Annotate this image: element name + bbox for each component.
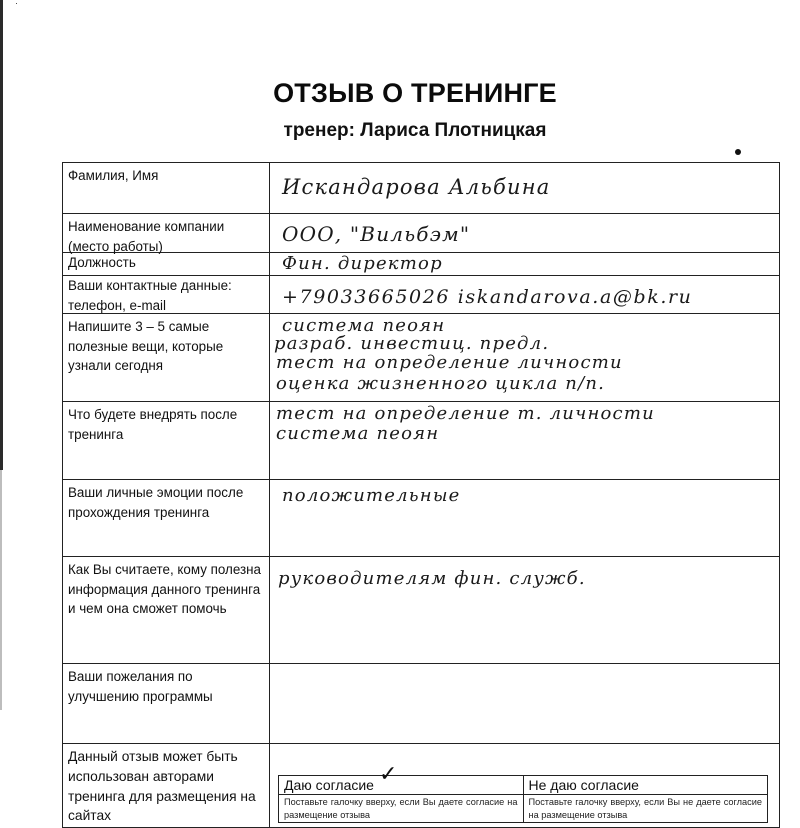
answer-contacts[interactable]: +79033665026 iskandarova.a@bk.ru (270, 276, 779, 313)
checkmark-icon: ✓ (379, 764, 397, 786)
answer-implement[interactable]: тест на определение т. личности система … (270, 402, 779, 479)
answer-company[interactable]: ООО, "Вильбэм" (270, 214, 779, 252)
agree-hint: Поставьте галочку вверху, если Вы даете … (279, 795, 523, 821)
handwritten-line: разраб. инвестиц. предл. (274, 334, 549, 354)
handwritten-line: Фин. директор (282, 254, 443, 274)
label-who-benefits: Как Вы считаете, кому полезна информация… (63, 557, 270, 663)
handwritten-line: Искандарова Альбина (282, 177, 551, 197)
answer-who-benefits[interactable]: руководителям фин. служб. (270, 557, 779, 663)
disagree-title: Не даю согласие (524, 776, 768, 795)
row-publication-consent: Данный отзыв может быть использован авто… (63, 744, 779, 828)
consent-area: Даю согласие ✓ Поставьте галочку вверху,… (270, 744, 779, 827)
label-suggestions: Ваши пожелания по улучшению программы (63, 664, 270, 743)
handwritten-line: оценка жизненного цикла п/п. (276, 374, 605, 394)
feedback-form-table: Фамилия, Имя Искандарова Альбина Наимено… (62, 162, 780, 828)
row-suggestions: Ваши пожелания по улучшению программы (63, 664, 779, 744)
handwritten-line: положительные (282, 486, 461, 506)
scan-edge-faint (0, 470, 2, 710)
label-publication-consent: Данный отзыв может быть использован авто… (63, 744, 270, 827)
answer-suggestions-empty[interactable] (270, 664, 779, 743)
handwritten-line: тест на определение т. личности (276, 404, 655, 424)
answer-position[interactable]: Фин. директор (270, 253, 779, 275)
label-position: Должность (63, 253, 270, 275)
handwritten-line: руководителям фин. служб. (278, 569, 586, 589)
answer-useful-things[interactable]: система пеоян разраб. инвестиц. предл. т… (270, 314, 779, 401)
agree-title: Даю согласие (279, 776, 523, 795)
row-company: Наименование компании (место работы) ООО… (63, 214, 779, 253)
handwritten-line: система пеоян (276, 424, 439, 444)
label-contacts: Ваши контактные данные: телефон, e-mail (63, 276, 270, 313)
trainer-subtitle: тренер: Лариса Плотницкая (0, 120, 800, 142)
label-emotions: Ваши личные эмоции после прохождения тре… (63, 480, 270, 556)
label-useful-things: Напишите 3 – 5 самые полезные вещи, кото… (63, 314, 270, 401)
disagree-hint: Поставьте галочку вверху, если Вы не дае… (524, 795, 768, 821)
consent-options-table: Даю согласие ✓ Поставьте галочку вверху,… (278, 775, 768, 823)
label-full-name: Фамилия, Имя (63, 163, 270, 213)
handwritten-line: ООО, "Вильбэм" (282, 224, 470, 244)
consent-disagree-option[interactable]: Не даю согласие Поставьте галочку вверху… (523, 776, 768, 822)
row-who-benefits: Как Вы считаете, кому полезна информация… (63, 557, 779, 664)
scan-speck (16, 3, 17, 4)
row-position: Должность Фин. директор (63, 253, 779, 276)
row-emotions: Ваши личные эмоции после прохождения тре… (63, 480, 779, 557)
handwritten-line: тест на определение личности (276, 353, 623, 373)
handwritten-line: +79033665026 iskandarova.a@bk.ru (282, 287, 693, 307)
row-useful-things: Напишите 3 – 5 самые полезные вещи, кото… (63, 314, 779, 402)
answer-emotions[interactable]: положительные (270, 480, 779, 556)
answer-full-name[interactable]: Искандарова Альбина (270, 163, 779, 213)
label-company: Наименование компании (место работы) (63, 214, 270, 252)
document-title: ОТЗЫВ О ТРЕНИНГЕ (0, 78, 800, 109)
scan-edge (0, 0, 3, 470)
label-implement: Что будете внедрять после тренинга (63, 402, 270, 479)
consent-agree-option[interactable]: Даю согласие ✓ Поставьте галочку вверху,… (279, 776, 523, 822)
row-contacts: Ваши контактные данные: телефон, e-mail … (63, 276, 779, 314)
row-implement: Что будете внедрять после тренинга тест … (63, 402, 779, 480)
row-full-name: Фамилия, Имя Искандарова Альбина (63, 163, 779, 214)
cut-off-header-fragment (330, 0, 410, 2)
scan-speck (735, 149, 741, 155)
